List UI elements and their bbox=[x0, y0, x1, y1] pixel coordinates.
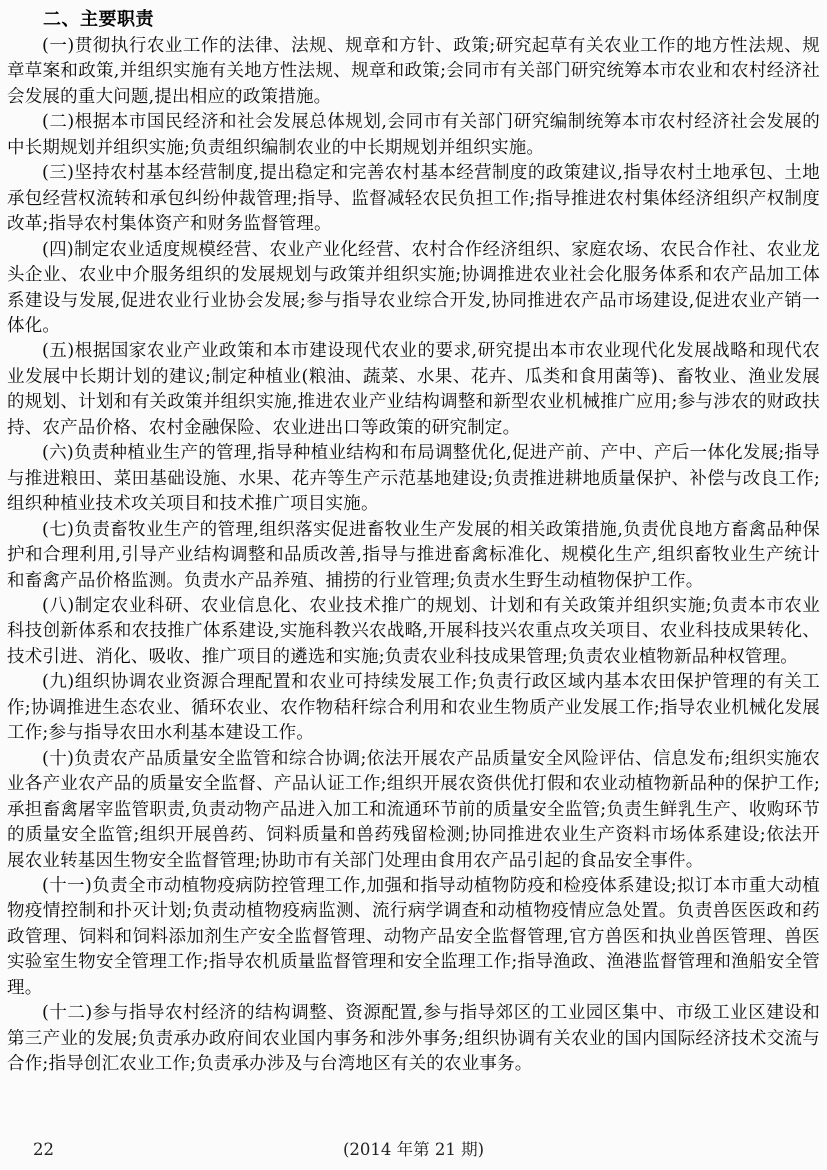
duty-item-9: (九)组织协调农业资源合理配置和农业可持续发展工作;负责行政区域内基本农田保护管… bbox=[7, 670, 820, 746]
duty-item-1: (一)贯彻执行农业工作的法律、法规、规章和方针、政策;研究起草有关农业工作的地方… bbox=[7, 34, 820, 110]
issue-label: (2014 年第 21 期) bbox=[0, 1138, 827, 1162]
duty-item-3: (三)坚持农村基本经营制度,提出稳定和完善农村基本经营制度的政策建议,指导农村土… bbox=[7, 161, 820, 237]
duty-item-7: (七)负责畜牧业生产的管理,组织落实促进畜牧业生产发展的相关政策措施,负责优良地… bbox=[7, 518, 820, 594]
page-footer: 22 (2014 年第 21 期) bbox=[0, 1138, 827, 1162]
document-page: 二、主要职责 (一)贯彻执行农业工作的法律、法规、规章和方针、政策;研究起草有关… bbox=[0, 0, 827, 1170]
duty-item-10: (十)负责农产品质量安全监管和综合协调;依法开展农产品质量安全风险评估、信息发布… bbox=[7, 747, 820, 874]
duty-item-5: (五)根据国家农业产业政策和本市建设现代农业的要求,研究提出本市农业现代化发展战… bbox=[7, 339, 820, 441]
duty-item-4: (四)制定农业适度规模经营、农业产业化经营、农村合作经济组织、家庭农场、农民合作… bbox=[7, 238, 820, 340]
duty-item-11: (十一)负责全市动植物疫病防控管理工作,加强和指导动植物防疫和检疫体系建设;拟订… bbox=[7, 874, 820, 1001]
section-title: 二、主要职责 bbox=[7, 6, 820, 33]
duty-item-6: (六)负责种植业生产的管理,指导种植业结构和布局调整优化,促进产前、产中、产后一… bbox=[7, 441, 820, 517]
duty-item-2: (二)根据本市国民经济和社会发展总体规划,会同市有关部门研究编制统筹本市农村经济… bbox=[7, 110, 820, 161]
duty-item-8: (八)制定农业科研、农业信息化、农业技术推广的规划、计划和有关政策并组织实施;负… bbox=[7, 594, 820, 670]
duties-list: (一)贯彻执行农业工作的法律、法规、规章和方针、政策;研究起草有关农业工作的地方… bbox=[7, 34, 820, 1078]
duty-item-12: (十二)参与指导农村经济的结构调整、资源配置,参与指导郊区的工业园区集中、市级工… bbox=[7, 1001, 820, 1077]
